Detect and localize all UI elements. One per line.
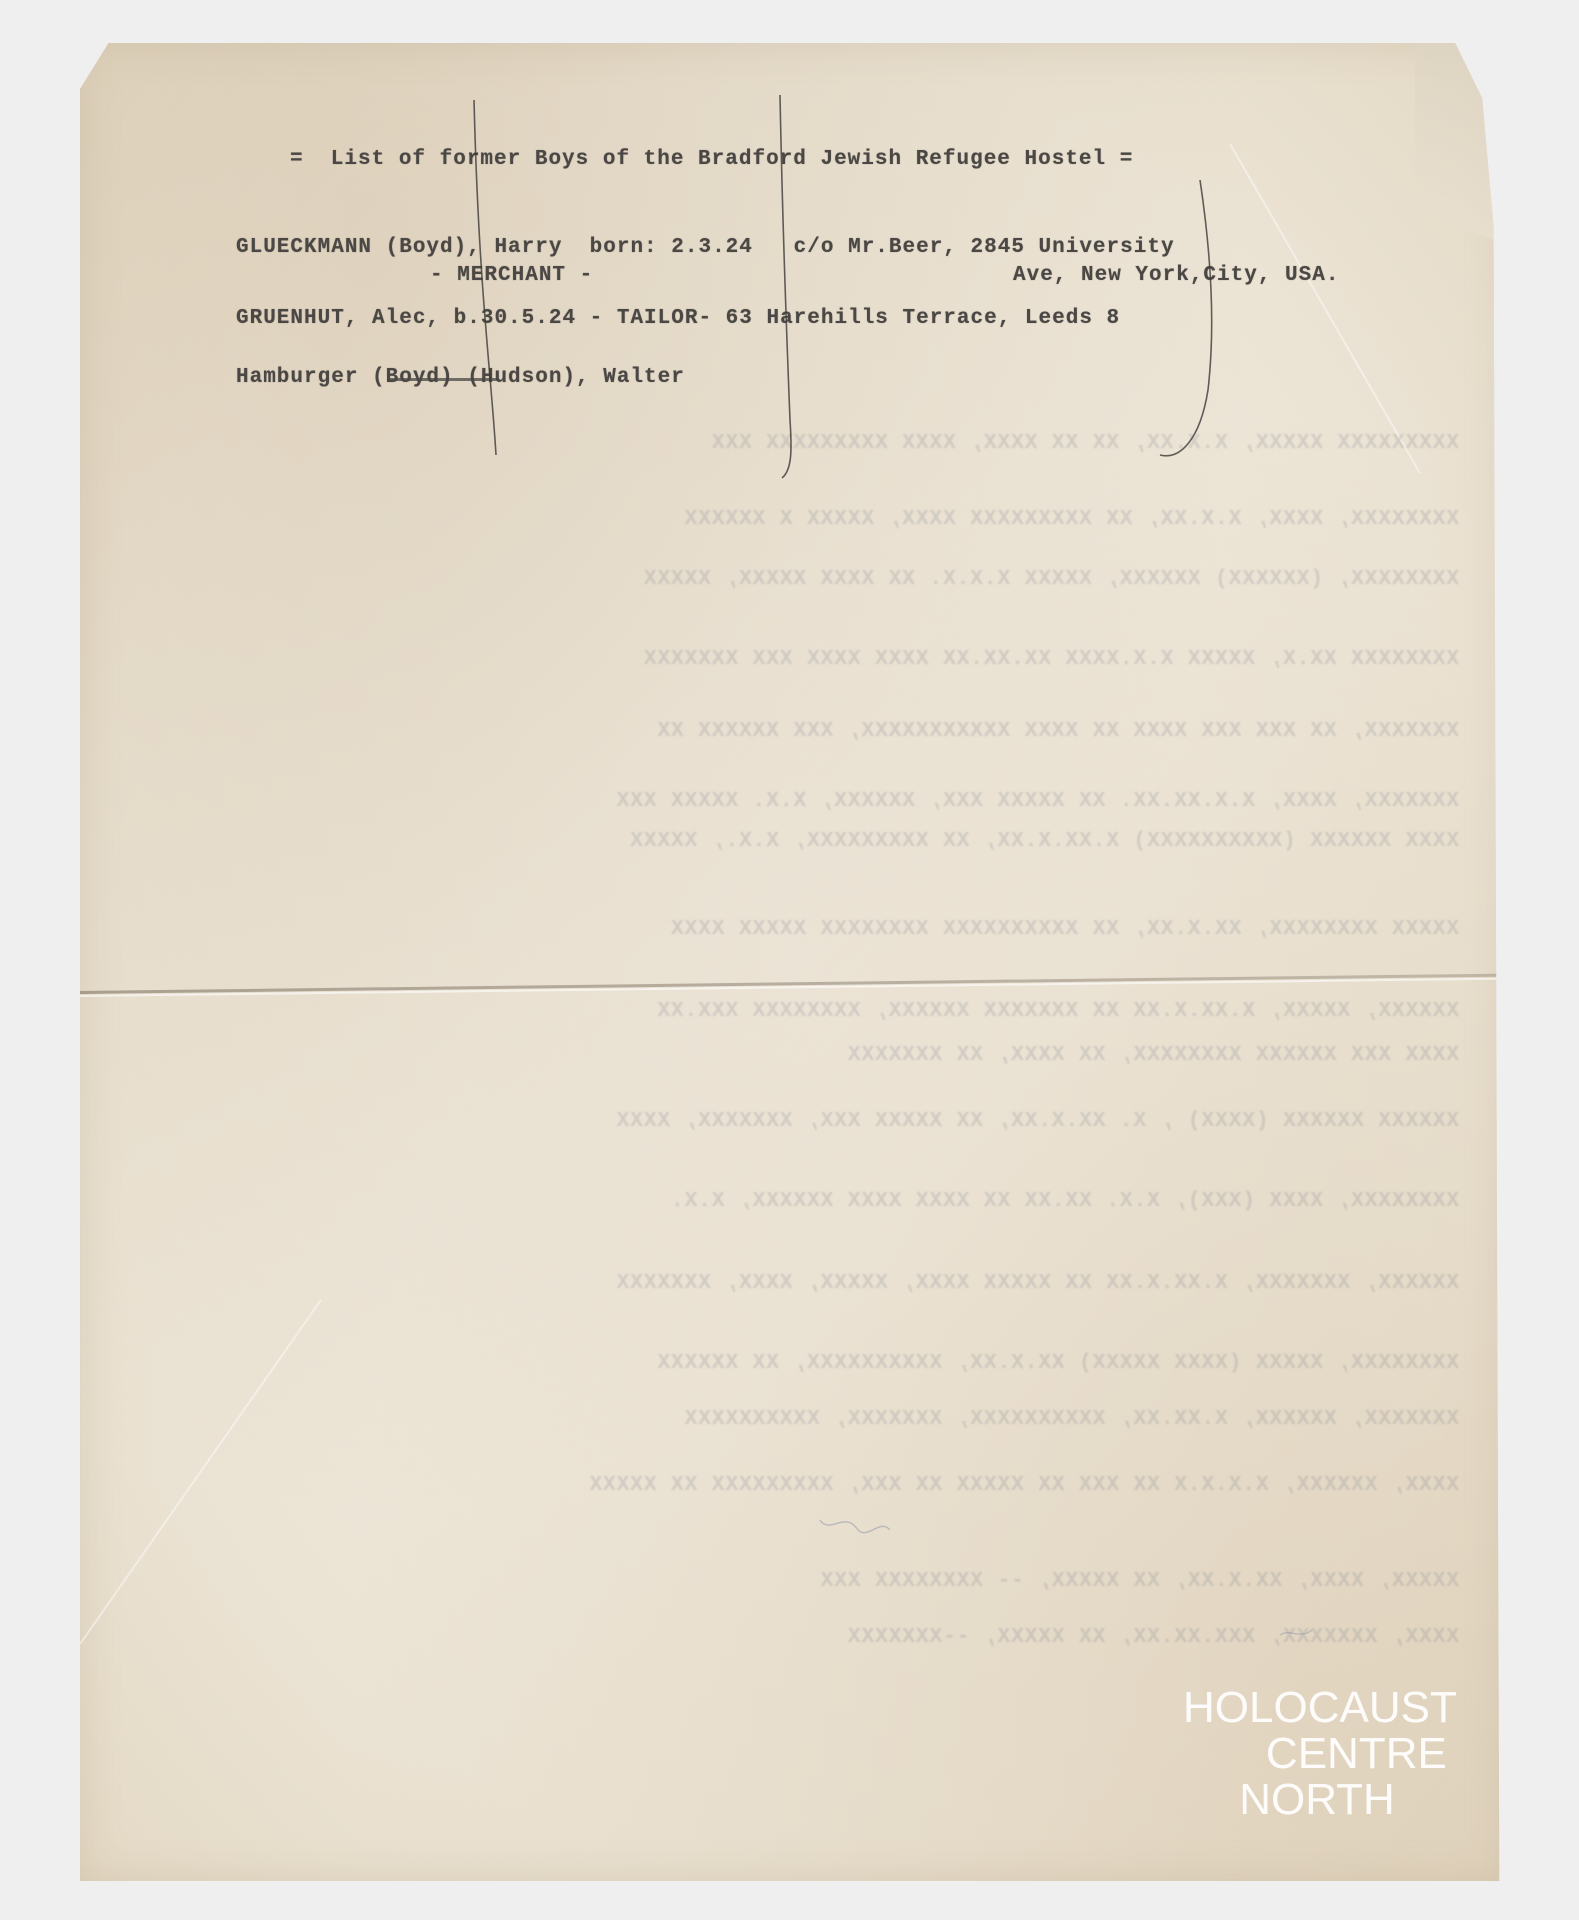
crease bbox=[1229, 144, 1421, 474]
logo-line: NORTH bbox=[1183, 1777, 1457, 1823]
document-title: = List of former Boys of the Bradford Je… bbox=[290, 148, 1133, 171]
entry-line: GLUECKMANN (Boyd), Harry born: 2.3.24 c/… bbox=[236, 236, 1175, 259]
entry-address: Ave, New York,City, USA. bbox=[1013, 264, 1339, 287]
logo-line: HOLOCAUST bbox=[1183, 1685, 1457, 1731]
entry-line: GRUENHUT, Alec, b.30.5.24 - TAILOR- 63 H… bbox=[236, 307, 1120, 330]
entry-occupation: - MERCHANT - bbox=[430, 264, 593, 287]
fold-highlight bbox=[80, 978, 1505, 997]
holocaust-centre-north-logo: HOLOCAUST CENTRE NORTH bbox=[1183, 1685, 1457, 1823]
strikethrough bbox=[388, 378, 498, 381]
horizontal-fold bbox=[80, 974, 1505, 994]
logo-line: CENTRE bbox=[1183, 1731, 1457, 1777]
folded-corner bbox=[1415, 43, 1505, 343]
